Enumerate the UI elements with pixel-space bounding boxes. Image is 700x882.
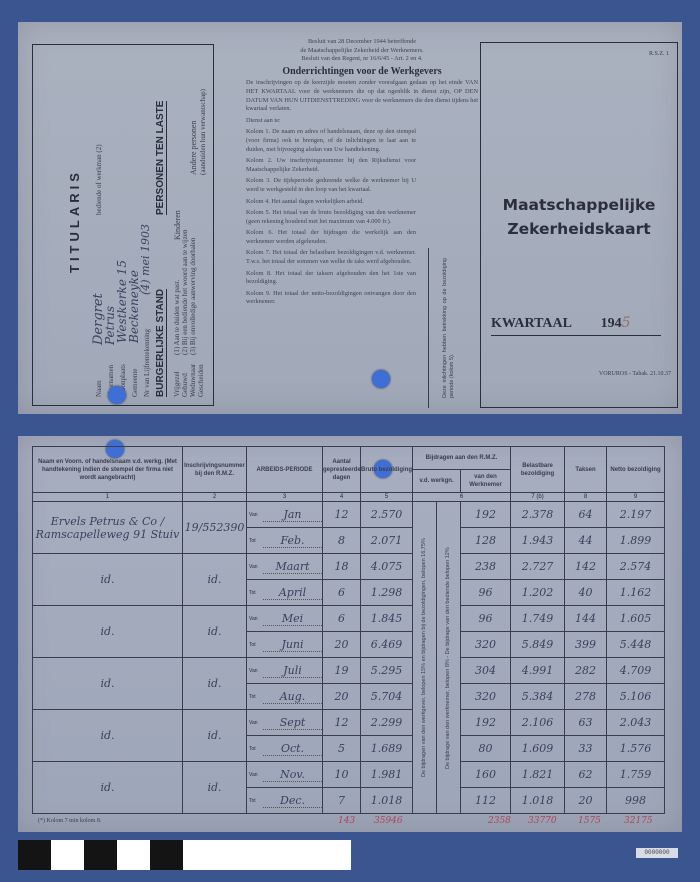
contrib-cell: 160 xyxy=(461,762,511,788)
color-swatch xyxy=(51,840,84,870)
col-number: 7 (b) xyxy=(511,493,565,502)
contrib-cell: 128 xyxy=(461,528,511,554)
col-number: 5 xyxy=(361,493,413,502)
header-gross: Bruto bezoldiging xyxy=(361,447,413,493)
reg-no-cell: id. xyxy=(183,762,247,814)
net-cell: 5.106 xyxy=(607,684,665,710)
period-from-value: Nov. xyxy=(263,768,322,782)
days-cell: 5 xyxy=(323,736,361,762)
color-swatch xyxy=(84,840,117,870)
period-to-value: Juni xyxy=(263,638,322,652)
wage-ledger-table: Naam en Voorn. of handelsnaam v.d. werkg… xyxy=(32,446,665,814)
gross-cell: 5.704 xyxy=(361,684,413,710)
color-swatch xyxy=(18,840,51,870)
vertical-note-text: De bijdragen van den werkgever, belopen … xyxy=(421,513,428,803)
contrib-cell: 96 xyxy=(461,606,511,632)
period-to-label: Tot xyxy=(249,538,263,544)
period-to-cell: TotApril xyxy=(247,580,323,606)
occupation-label: bediende of werkman (2) xyxy=(95,144,103,215)
total-gross: 35946 xyxy=(374,816,403,826)
taxable-cell: 2.727 xyxy=(511,554,565,580)
titularis-panel: TITULARIS Naam Dergret Voornamen Petrus … xyxy=(32,44,214,406)
kolom-1: Kolom 1. De naam en adres of handelsnaam… xyxy=(246,128,416,154)
field-label-lijfrente: Nr van Lijfrentekenning xyxy=(143,329,151,397)
period-to-cell: TotOct. xyxy=(247,736,323,762)
tax-cell: 278 xyxy=(565,684,607,710)
table-row: id.id.VanJuli195.2953044.9912824.709 xyxy=(33,658,665,684)
net-cell: 4.709 xyxy=(607,658,665,684)
civil-status-option: Gehuwd xyxy=(181,373,189,397)
side-note: Deze inlichtingen hebben betrekking op d… xyxy=(442,258,456,398)
kolom-3: Kolom 3. De tijdsperiode gedurende welke… xyxy=(246,177,416,194)
tax-cell: 63 xyxy=(565,710,607,736)
employer-cell: id. xyxy=(33,554,183,606)
subheader-employee: van den Werknemer xyxy=(461,470,511,493)
footnote: (2) Bij een bediende het woord aan te wi… xyxy=(181,229,189,355)
period-to-label: Tot xyxy=(249,694,263,700)
period-from-cell: VanMaart xyxy=(247,554,323,580)
header-employer: Naam en Voorn. of handelsnaam v.d. werkg… xyxy=(33,447,183,493)
days-cell: 20 xyxy=(323,632,361,658)
net-cell: 1.162 xyxy=(607,580,665,606)
employer-cell: id. xyxy=(33,710,183,762)
employer-cell: id. xyxy=(33,606,183,658)
title-line-1: Maatschappelijke xyxy=(481,193,677,217)
kolom-4: Kolom 4. Het aantal dagen werkelijken ar… xyxy=(246,198,416,207)
tax-cell: 44 xyxy=(565,528,607,554)
days-cell: 19 xyxy=(323,658,361,684)
net-cell: 1.899 xyxy=(607,528,665,554)
instructions-lead: Dienst aan te: xyxy=(246,117,478,126)
civil-status-option: Vrijgezel xyxy=(173,371,181,397)
employer-cell: id. xyxy=(33,762,183,814)
employer-cell: Ervels Petrus & Co / Ramscapelleweg 91 S… xyxy=(33,502,183,554)
civil-status-option: Gescheiden xyxy=(197,364,205,397)
red-pencil-totals: 143 35946 2358 33770 1575 32175 xyxy=(18,816,682,830)
days-cell: 6 xyxy=(323,606,361,632)
reg-no-cell: id. xyxy=(183,606,247,658)
net-cell: 2.574 xyxy=(607,554,665,580)
cover-panel: R.S.Z. 1 Maatschappelijke Zekerheidskaar… xyxy=(480,42,678,408)
dependents-andere: Andere personen xyxy=(189,121,198,175)
period-from-cell: VanJuli xyxy=(247,658,323,684)
period-from-cell: VanSept xyxy=(247,710,323,736)
net-cell: 1.759 xyxy=(607,762,665,788)
kolom-5: Kolom 5. Het totaal van de bruto bezoldi… xyxy=(246,209,416,226)
titularis-heading: TITULARIS xyxy=(67,169,82,273)
vertical-note-employee: De bijdrage van den werknemer, belopen 8… xyxy=(437,502,461,814)
gross-cell: 1.298 xyxy=(361,580,413,606)
instructions-block: Besluit van 28 December 1944 betreffende… xyxy=(246,38,478,310)
taxable-cell: 1.821 xyxy=(511,762,565,788)
tax-cell: 142 xyxy=(565,554,607,580)
gross-cell: 1.981 xyxy=(361,762,413,788)
net-cell: 1.605 xyxy=(607,606,665,632)
total-taxable: 33770 xyxy=(528,816,557,826)
taxable-cell: 1.749 xyxy=(511,606,565,632)
period-to-value: Oct. xyxy=(263,742,322,756)
period-to-value: Dec. xyxy=(263,794,322,808)
header-tax: Taksen xyxy=(565,447,607,493)
gross-cell: 1.689 xyxy=(361,736,413,762)
contrib-cell: 238 xyxy=(461,554,511,580)
period-from-cell: VanJan xyxy=(247,502,323,528)
punch-hole xyxy=(372,370,390,388)
dependents-note: (aanduiden hun verwantschap) xyxy=(199,89,207,175)
total-net: 32175 xyxy=(624,816,653,826)
period-from-label: Van xyxy=(249,772,263,778)
civil-status-option: Weduwnaar xyxy=(189,364,197,397)
days-cell: 12 xyxy=(323,710,361,736)
kwartaal-label: KWARTAAL xyxy=(491,316,571,331)
header-reg-no: Inschrijvingsnummer bij den R.M.Z. xyxy=(183,447,247,493)
period-from-cell: VanNov. xyxy=(247,762,323,788)
table-row: Ervels Petrus & Co / Ramscapelleweg 91 S… xyxy=(33,502,665,528)
period-from-label: Van xyxy=(249,668,263,674)
tax-cell: 20 xyxy=(565,788,607,814)
kolom-9: Kolom 9. Het totaal der netto-bezoldigin… xyxy=(246,290,416,307)
period-to-label: Tot xyxy=(249,642,263,648)
gross-cell: 6.469 xyxy=(361,632,413,658)
col-number: 2 xyxy=(183,493,247,502)
period-to-cell: TotDec. xyxy=(247,788,323,814)
dependents-heading: PERSONEN TEN LASTE xyxy=(155,101,167,215)
punch-hole xyxy=(108,386,126,404)
color-swatch xyxy=(117,840,150,870)
period-from-value: Jan xyxy=(263,508,322,522)
period-to-cell: TotFeb. xyxy=(247,528,323,554)
days-cell: 7 xyxy=(323,788,361,814)
table-row: id.id.VanNov.101.9811601.821621.759 xyxy=(33,762,665,788)
reg-no-cell: id. xyxy=(183,710,247,762)
field-value-lijfrente: (4) mei 1903 xyxy=(139,224,152,295)
contrib-cell: 304 xyxy=(461,658,511,684)
taxable-cell: 1.018 xyxy=(511,788,565,814)
period-to-label: Tot xyxy=(249,590,263,596)
intro-line: de Maatschappelijke Zekerheid der Werkne… xyxy=(246,47,478,56)
period-to-value: Feb. xyxy=(263,534,322,548)
period-from-value: Mei xyxy=(263,612,322,626)
table-row: id.id.VanMaart184.0752382.7271422.574 xyxy=(33,554,665,580)
year-printed: 194 xyxy=(601,316,622,331)
instructions-paragraph: De inschrijvingen op de keerzijde moeten… xyxy=(246,79,478,113)
days-cell: 12 xyxy=(323,502,361,528)
intro-line: Besluit van den Regent, nr 16/6/45 - Art… xyxy=(246,55,478,64)
contrib-cell: 192 xyxy=(461,710,511,736)
kolom-8: Kolom 8. Het totaal der taksen afgehoude… xyxy=(246,270,416,287)
kolom-7: Kolom 7. Het totaal der belastbare bezol… xyxy=(246,249,416,266)
tax-cell: 282 xyxy=(565,658,607,684)
instructions-heading: Onderrichtingen voor de Werkgevers xyxy=(246,68,478,77)
printer-mark: VORUROS - Tabak. 21.10.37 xyxy=(599,371,671,377)
days-cell: 6 xyxy=(323,580,361,606)
total-contrib: 2358 xyxy=(488,816,511,826)
color-swatch xyxy=(150,840,183,870)
col-number: 6 xyxy=(413,493,511,502)
net-cell: 5.448 xyxy=(607,632,665,658)
total-tax: 1575 xyxy=(578,816,601,826)
contrib-cell: 112 xyxy=(461,788,511,814)
period-to-value: Aug. xyxy=(263,690,322,704)
period-to-label: Tot xyxy=(249,798,263,804)
gross-cell: 1.845 xyxy=(361,606,413,632)
table-row: id.id.VanMei61.845961.7491441.605 xyxy=(33,606,665,632)
title-line-2: Zekerheidskaart xyxy=(481,217,677,241)
taxable-cell: 1.943 xyxy=(511,528,565,554)
days-cell: 8 xyxy=(323,528,361,554)
net-cell: 2.043 xyxy=(607,710,665,736)
header-contrib: Bijdragen aan den R.M.Z. xyxy=(413,447,511,470)
col-number: 8 xyxy=(565,493,607,502)
net-cell: 2.197 xyxy=(607,502,665,528)
dependents-kinderen: Kinderen xyxy=(173,210,182,240)
gross-cell: 5.295 xyxy=(361,658,413,684)
color-calibration-bar xyxy=(18,840,351,870)
tax-cell: 62 xyxy=(565,762,607,788)
period-from-label: Van xyxy=(249,616,263,622)
period-from-label: Van xyxy=(249,720,263,726)
contrib-cell: 320 xyxy=(461,684,511,710)
taxable-cell: 2.378 xyxy=(511,502,565,528)
vertical-note-employer: De bijdragen van den werkgever, belopen … xyxy=(413,502,437,814)
field-label-naam: Naam xyxy=(95,380,103,397)
vertical-note-text: De bijdrage van den werknemer, belopen 8… xyxy=(445,513,452,803)
year-handwritten: 5 xyxy=(622,315,631,331)
civil-status-heading: BURGERLIJKE STAND xyxy=(155,289,167,397)
period-to-cell: TotJuni xyxy=(247,632,323,658)
header-period: ARBEIDS-PERIODE xyxy=(247,447,323,493)
header-net: Netto bezoldiging xyxy=(607,447,665,493)
taxable-cell: 5.384 xyxy=(511,684,565,710)
brace-line xyxy=(428,248,429,408)
col-number: 1 xyxy=(33,493,183,502)
col-number: 3 xyxy=(247,493,323,502)
tax-cell: 33 xyxy=(565,736,607,762)
period-from-label: Van xyxy=(249,512,263,518)
period-from-value: Juli xyxy=(263,664,322,678)
period-from-value: Maart xyxy=(263,560,322,574)
inventory-tag: 0000000 xyxy=(636,848,678,858)
days-cell: 10 xyxy=(323,762,361,788)
card-back: Naam en Voorn. of handelsnaam v.d. werkg… xyxy=(18,436,682,832)
period-from-cell: VanMei xyxy=(247,606,323,632)
kwartaal-field: KWARTAAL 1945 xyxy=(491,315,661,336)
contrib-cell: 320 xyxy=(461,632,511,658)
color-swatch xyxy=(183,840,351,870)
period-from-label: Van xyxy=(249,564,263,570)
card-front: TITULARIS Naam Dergret Voornamen Petrus … xyxy=(18,22,682,414)
contrib-cell: 80 xyxy=(461,736,511,762)
kolom-6: Kolom 6. Het totaal der bijdragen die we… xyxy=(246,229,416,246)
days-cell: 18 xyxy=(323,554,361,580)
tax-cell: 64 xyxy=(565,502,607,528)
form-code: R.S.Z. 1 xyxy=(649,51,669,57)
gross-cell: 4.075 xyxy=(361,554,413,580)
days-cell: 20 xyxy=(323,684,361,710)
subheader-employer: v.d. werkgn. xyxy=(413,470,461,493)
card-title: Maatschappelijke Zekerheidskaart xyxy=(481,193,677,241)
taxable-cell: 4.991 xyxy=(511,658,565,684)
gross-cell: 2.299 xyxy=(361,710,413,736)
reg-no-cell: id. xyxy=(183,554,247,606)
employer-cell: id. xyxy=(33,658,183,710)
header-days: Aantal gepresteerde dagen xyxy=(323,447,361,493)
tax-cell: 144 xyxy=(565,606,607,632)
header-taxable: Belastbare bezoldiging xyxy=(511,447,565,493)
total-days: 143 xyxy=(338,816,355,826)
intro-line: Besluit van 28 December 1944 betreffende xyxy=(246,38,478,47)
col-number: 9 xyxy=(607,493,665,502)
gross-cell: 1.018 xyxy=(361,788,413,814)
period-to-value: April xyxy=(263,586,322,600)
reg-no-cell: 19/552390 xyxy=(183,502,247,554)
taxable-cell: 1.609 xyxy=(511,736,565,762)
field-label-gemeente: Gemeente xyxy=(131,369,139,397)
net-cell: 1.576 xyxy=(607,736,665,762)
taxable-cell: 5.849 xyxy=(511,632,565,658)
taxable-cell: 2.106 xyxy=(511,710,565,736)
contrib-cell: 96 xyxy=(461,580,511,606)
taxable-cell: 1.202 xyxy=(511,580,565,606)
gross-cell: 2.071 xyxy=(361,528,413,554)
reg-no-cell: id. xyxy=(183,658,247,710)
contrib-cell: 192 xyxy=(461,502,511,528)
kolom-2: Kolom 2. Uw inschrijvingsnummer bij den … xyxy=(246,157,416,174)
footnote: (3) Bij onvolledige aanwerving doorhalen xyxy=(189,238,197,355)
gross-cell: 2.570 xyxy=(361,502,413,528)
tax-cell: 40 xyxy=(565,580,607,606)
net-cell: 998 xyxy=(607,788,665,814)
period-to-cell: TotAug. xyxy=(247,684,323,710)
tax-cell: 399 xyxy=(565,632,607,658)
table-row: id.id.VanSept122.2991922.106632.043 xyxy=(33,710,665,736)
period-from-value: Sept xyxy=(263,716,322,730)
period-to-label: Tot xyxy=(249,746,263,752)
col-number: 4 xyxy=(323,493,361,502)
footnote: (1) Aan te duiden wat past. xyxy=(173,280,181,355)
